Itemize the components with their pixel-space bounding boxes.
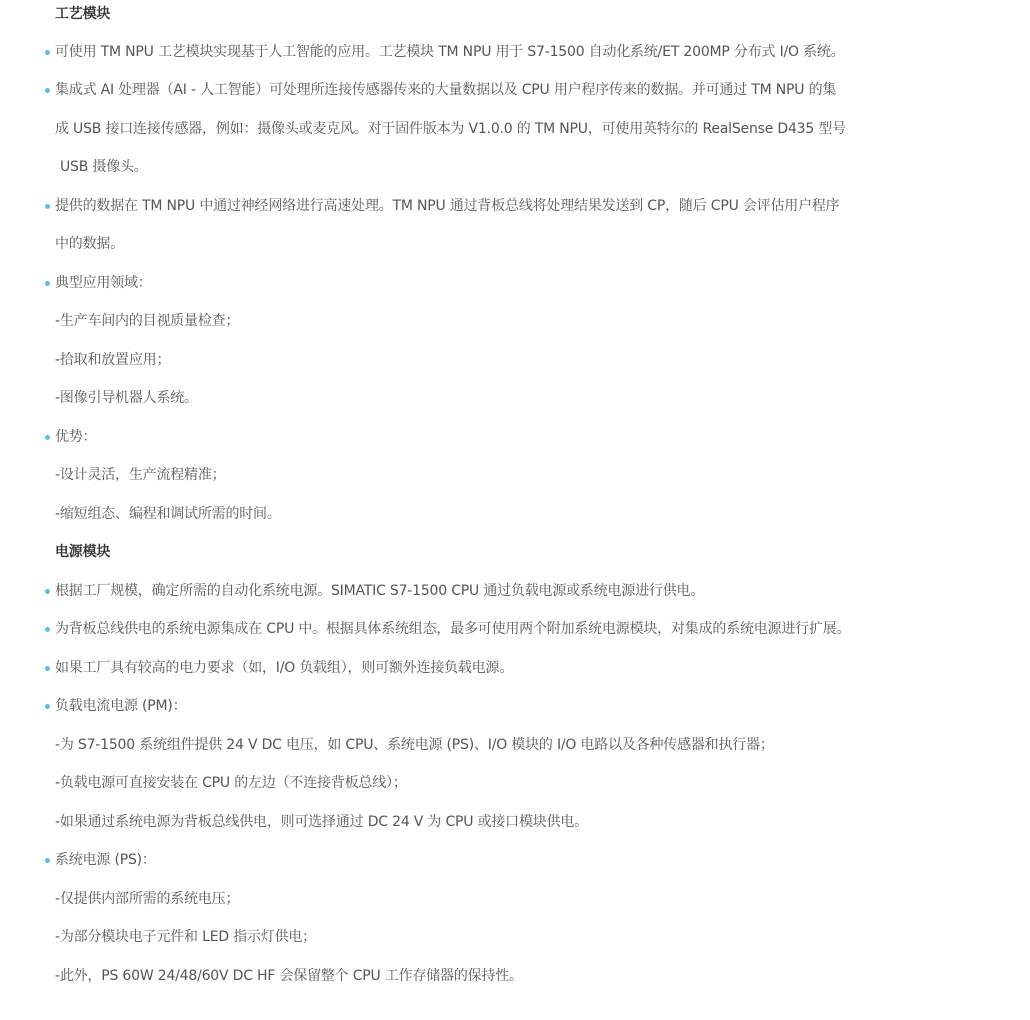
bullet-text: 为背板总线供电的系统电源集成在 CPU 中。根据具体系统组态，最多可使用两个附加…	[55, 621, 850, 637]
section-heading: 工艺模块	[55, 4, 110, 24]
bullet-item: 典型应用领域：	[55, 273, 152, 293]
continuation-text: USB 摄像头。	[60, 157, 148, 177]
bullet-item: 如果工厂具有较高的电力要求（如，I/O 负载组），则可额外连接负载电源。	[55, 658, 513, 678]
bullet-dot-icon	[45, 435, 50, 440]
bullet-dot-icon	[45, 666, 50, 671]
sub-item: -生产车间内的目视质量检查；	[55, 311, 239, 331]
bullet-item: 为背板总线供电的系统电源集成在 CPU 中。根据具体系统组态，最多可使用两个附加…	[55, 619, 850, 639]
bullet-dot-icon	[45, 281, 50, 286]
bullet-item: 优势：	[55, 427, 96, 447]
bullet-text: 优势：	[55, 429, 96, 445]
section-heading: 电源模块	[55, 542, 110, 562]
sub-item: -此外，PS 60W 24/48/60V DC HF 会保留整个 CPU 工作存…	[55, 966, 523, 986]
bullet-item: 负载电流电源 (PM)：	[55, 696, 187, 716]
sub-item: -如果通过系统电源为背板总线供电，则可选择通过 DC 24 V 为 CPU 或接…	[55, 812, 588, 832]
bullet-dot-icon	[45, 589, 50, 594]
bullet-dot-icon	[45, 704, 50, 709]
bullet-item: 系统电源 (PS)：	[55, 850, 156, 870]
bullet-dot-icon	[45, 50, 50, 55]
bullet-dot-icon	[45, 204, 50, 209]
sub-item: -为 S7-1500 系统组件提供 24 V DC 电压，如 CPU、系统电源 …	[55, 735, 774, 755]
bullet-text: 典型应用领域：	[55, 275, 152, 291]
sub-item: -缩短组态、编程和调试所需的时间。	[55, 504, 281, 524]
bullet-dot-icon	[45, 858, 50, 863]
bullet-item: 根据工厂规模，确定所需的自动化系统电源。SIMATIC S7-1500 CPU …	[55, 581, 704, 601]
bullet-text: 提供的数据在 TM NPU 中通过神经网络进行高速处理。TM NPU 通过背板总…	[55, 198, 839, 214]
sub-item: -图像引导机器人系统。	[55, 388, 198, 408]
sub-item: -拾取和放置应用；	[55, 350, 170, 370]
sub-item: -负载电源可直接安装在 CPU 的左边（不连接背板总线）；	[55, 773, 407, 793]
bullet-text: 可使用 TM NPU 工艺模块实现基于人工智能的应用。工艺模块 TM NPU 用…	[55, 44, 844, 60]
bullet-text: 负载电流电源 (PM)：	[55, 698, 187, 714]
bullet-item: 可使用 TM NPU 工艺模块实现基于人工智能的应用。工艺模块 TM NPU 用…	[55, 42, 844, 62]
sub-item: -为部分模块电子元件和 LED 指示灯供电；	[55, 927, 316, 947]
bullet-dot-icon	[45, 88, 50, 93]
bullet-dot-icon	[45, 627, 50, 632]
bullet-text: 集成式 AI 处理器（AI - 人工智能）可处理所连接传感器传来的大量数据以及 …	[55, 82, 836, 98]
bullet-text: 根据工厂规模，确定所需的自动化系统电源。SIMATIC S7-1500 CPU …	[55, 583, 704, 599]
bullet-text: 如果工厂具有较高的电力要求（如，I/O 负载组），则可额外连接负载电源。	[55, 660, 513, 676]
bullet-item: 集成式 AI 处理器（AI - 人工智能）可处理所连接传感器传来的大量数据以及 …	[55, 80, 836, 100]
sub-item: -仅提供内部所需的系统电压；	[55, 889, 239, 909]
bullet-text: 系统电源 (PS)：	[55, 852, 156, 868]
sub-item: -设计灵活，生产流程精准；	[55, 465, 225, 485]
bullet-item: 提供的数据在 TM NPU 中通过神经网络进行高速处理。TM NPU 通过背板总…	[55, 196, 839, 216]
continuation-text: 成 USB 接口连接传感器，例如：摄像头或麦克风。对于固件版本为 V1.0.0 …	[55, 119, 846, 139]
continuation-text: 中的数据。	[55, 234, 124, 254]
